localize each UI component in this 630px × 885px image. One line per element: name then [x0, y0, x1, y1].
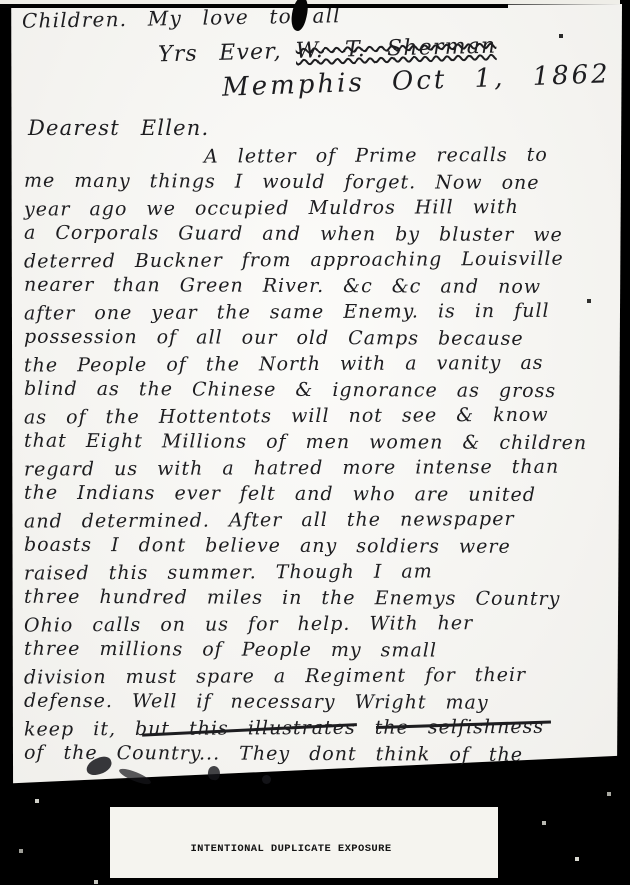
letter-line: year ago we occupied Muldros Hill with [24, 193, 614, 222]
letter-line: nearer than Green River. &c &c and now [24, 272, 614, 301]
letter-line: that Eight Millions of men women & child… [24, 428, 614, 457]
letter-salutation: Dearest Ellen. [28, 116, 209, 140]
duplicate-exposure-label: INTENTIONAL DUPLICATE EXPOSURE [110, 807, 498, 878]
letter-line: boasts I dont believe any soldiers were [24, 532, 614, 561]
letter-line: deterred Buckner from approaching Louisv… [24, 245, 614, 274]
letter-line: division must spare a Regiment for their [24, 661, 614, 690]
letter-line: and determined. After all the newspaper [24, 505, 614, 534]
letter-body: A letter of Prime recalls tome many thin… [24, 143, 614, 767]
letter-line: as of the Hottentots will not see & know [24, 401, 614, 430]
scan-edge-line [0, 4, 508, 8]
film-speckles [0, 0, 2, 2]
letter-line: defense. Well if necessary Wright may [24, 688, 614, 717]
ink-blot [262, 775, 271, 784]
letter-line: after one year the same Enemy. is in ful… [24, 297, 614, 326]
letter-line: the Indians ever felt and who are united [24, 480, 614, 509]
letter-line: possession of all our old Camps because [24, 324, 614, 353]
letter-closing: Yrs Ever, [158, 39, 282, 67]
letter-line: the People of the North with a vanity as [24, 349, 614, 378]
letter-line: keep it, but this illustrates the selfis… [24, 713, 614, 742]
letter-line: me many things I would forget. Now one [24, 168, 614, 197]
letter-line: blind as the Chinese & ignorance as gros… [24, 376, 614, 405]
letter-line: three millions of People my small [24, 636, 614, 665]
letter-line: raised this summer. Though I am [24, 557, 614, 586]
letter-line: A letter of Prime recalls to [24, 141, 614, 170]
letter-signature: W. T. Sherman [295, 34, 496, 64]
letter-line: Ohio calls on us for help. With her [24, 609, 614, 638]
letter-line: a Corporals Guard and when by bluster we [24, 220, 614, 249]
letter-line: of the Country... They dont think of the [24, 740, 614, 769]
photo-scan-canvas: Children. My love to all Yrs Ever,W. T. … [0, 0, 630, 885]
letter-line: three hundred miles in the Enemys Countr… [24, 584, 614, 613]
duplicate-exposure-label-text: INTENTIONAL DUPLICATE EXPOSURE [190, 831, 391, 855]
letter-line: regard us with a hatred more intense tha… [24, 453, 614, 482]
